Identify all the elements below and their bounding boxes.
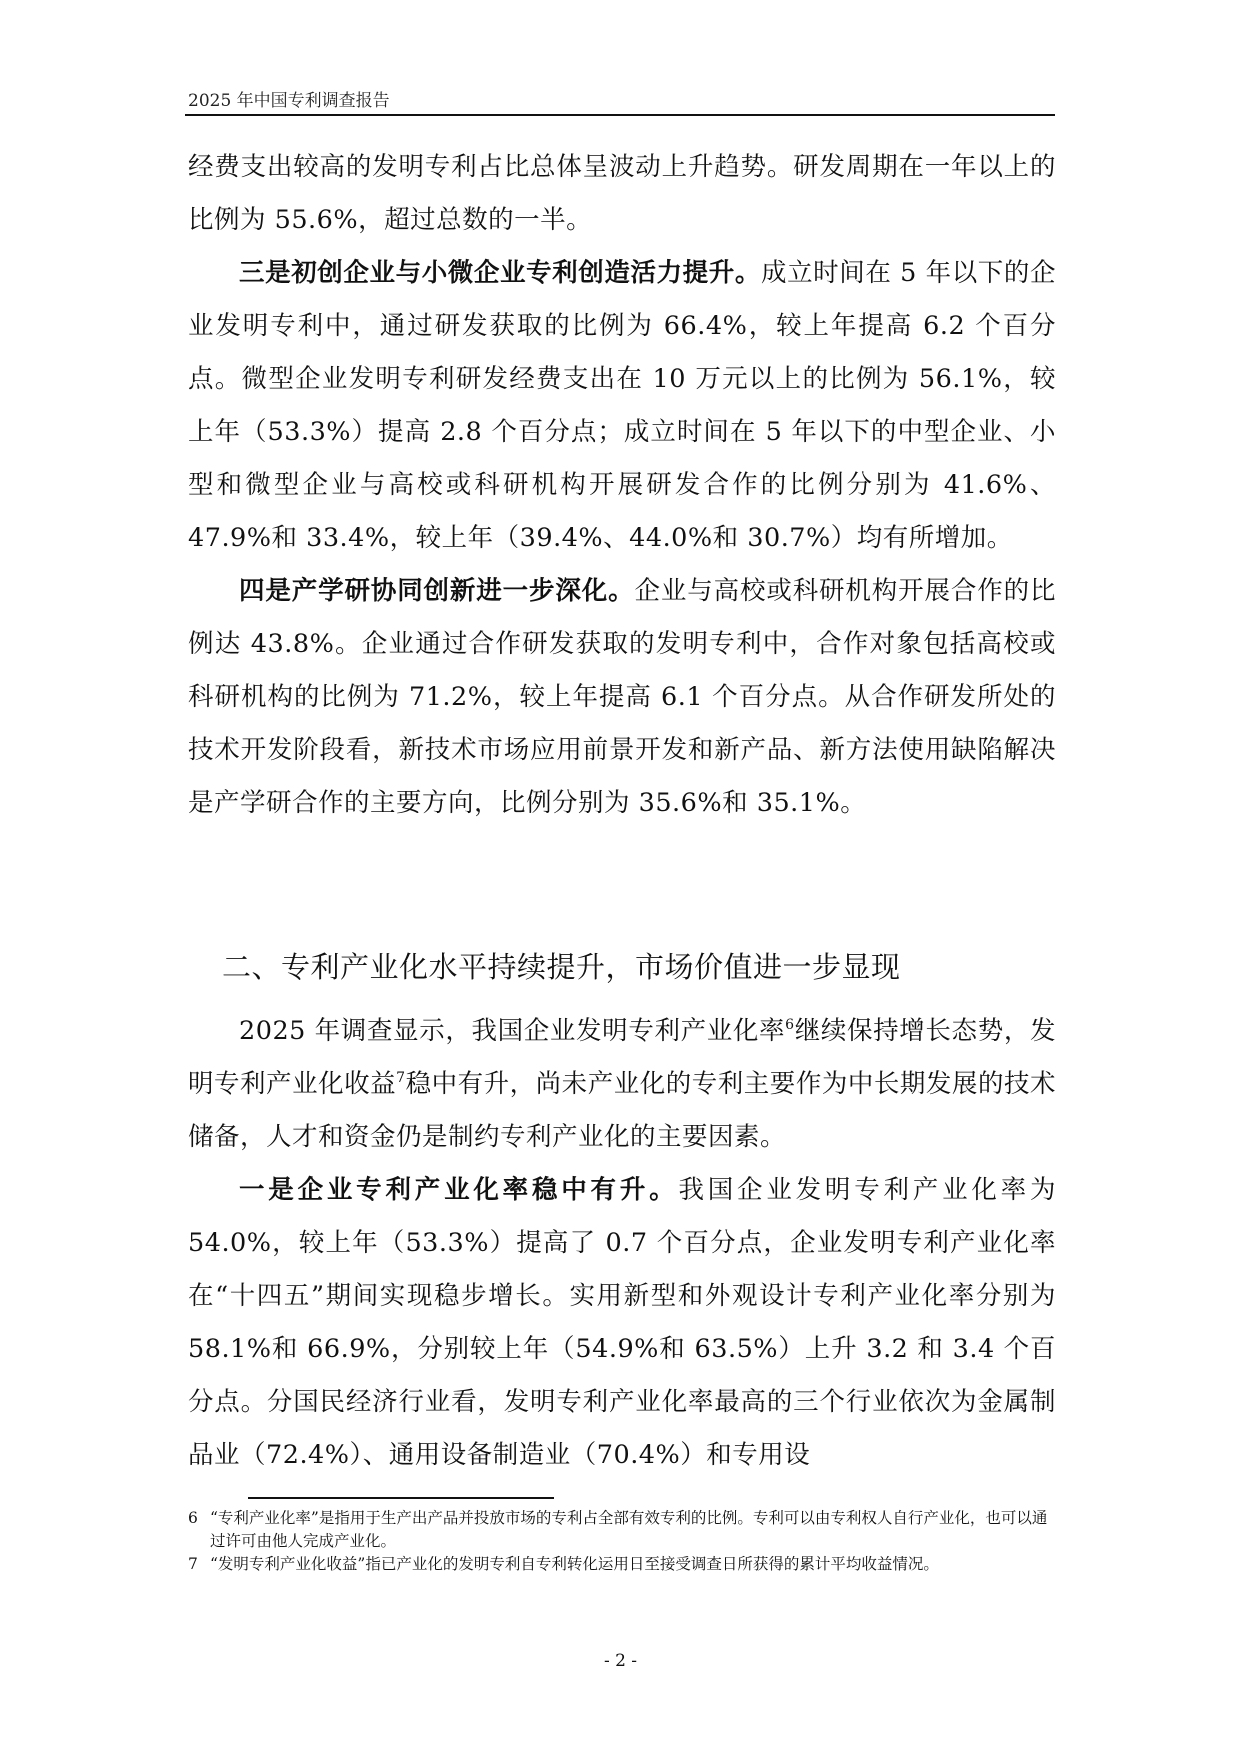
header-divider — [185, 114, 1055, 116]
paragraph-text: 成立时间在 5 年以下的企业发明专利中，通过研发获取的比例为 66.4%，较上年… — [188, 258, 1056, 553]
paragraph-startups: 三是初创企业与小微企业专利创造活力提升。成立时间在 5 年以下的企业发明专利中，… — [188, 247, 1056, 565]
footnote-number: 7 — [188, 1553, 210, 1576]
paragraph-lead: 四是产学研协同创新进一步深化。 — [239, 576, 635, 606]
paragraph-lead: 一是企业专利产业化率稳中有升。 — [239, 1175, 678, 1205]
paragraph-lead: 三是初创企业与小微企业专利创造活力提升。 — [239, 258, 761, 288]
intro-text: 2025 年调查显示，我国企业发明专利产业化率 — [239, 1016, 785, 1046]
footnote: 6“专利产业化率”是指用于生产出产品并投放市场的专利占全部有效专利的比例。专利可… — [188, 1507, 1058, 1553]
page-number: - 2 - — [0, 1651, 1241, 1671]
footnote-divider — [248, 1497, 554, 1499]
footnote: 7“发明专利产业化收益”指已产业化的发明专利自专利转化运用日至接受调查日所获得的… — [188, 1553, 1058, 1576]
paragraph-text: 我国企业发明专利产业化率为 54.0%，较上年（53.3%）提高了 0.7 个百… — [188, 1175, 1056, 1470]
footnote-ref[interactable]: 6 — [785, 1017, 794, 1033]
body-block-2: 2025 年调查显示，我国企业发明专利产业化率6继续保持增长态势，发明专利产业化… — [188, 1005, 1056, 1482]
paragraph-text: 企业与高校或科研机构开展合作的比例达 43.8%。企业通过合作研发获取的发明专利… — [188, 576, 1056, 818]
footnotes: 6“专利产业化率”是指用于生产出产品并投放市场的专利占全部有效专利的比例。专利可… — [188, 1507, 1058, 1576]
paragraph-industrialization-rate: 一是企业专利产业化率稳中有升。我国企业发明专利产业化率为 54.0%，较上年（5… — [188, 1164, 1056, 1482]
section-intro: 2025 年调查显示，我国企业发明专利产业化率6继续保持增长态势，发明专利产业化… — [188, 1005, 1056, 1164]
paragraph-continued: 经费支出较高的发明专利占比总体呈波动上升趋势。研发周期在一年以上的比例为 55.… — [188, 141, 1056, 247]
footnote-number: 6 — [188, 1507, 210, 1553]
body-block-1: 经费支出较高的发明专利占比总体呈波动上升趋势。研发周期在一年以上的比例为 55.… — [188, 141, 1056, 830]
paragraph-collaboration: 四是产学研协同创新进一步深化。企业与高校或科研机构开展合作的比例达 43.8%。… — [188, 565, 1056, 830]
running-header: 2025 年中国专利调查报告 — [188, 86, 390, 111]
section-heading: 二、专利产业化水平持续提升，市场价值进一步显现 — [222, 945, 901, 986]
footnote-ref[interactable]: 7 — [396, 1070, 405, 1086]
footnote-text: “专利产业化率”是指用于生产出产品并投放市场的专利占全部有效专利的比例。专利可以… — [210, 1507, 1058, 1553]
footnote-text: “发明专利产业化收益”指已产业化的发明专利自专利转化运用日至接受调查日所获得的累… — [210, 1553, 1058, 1576]
